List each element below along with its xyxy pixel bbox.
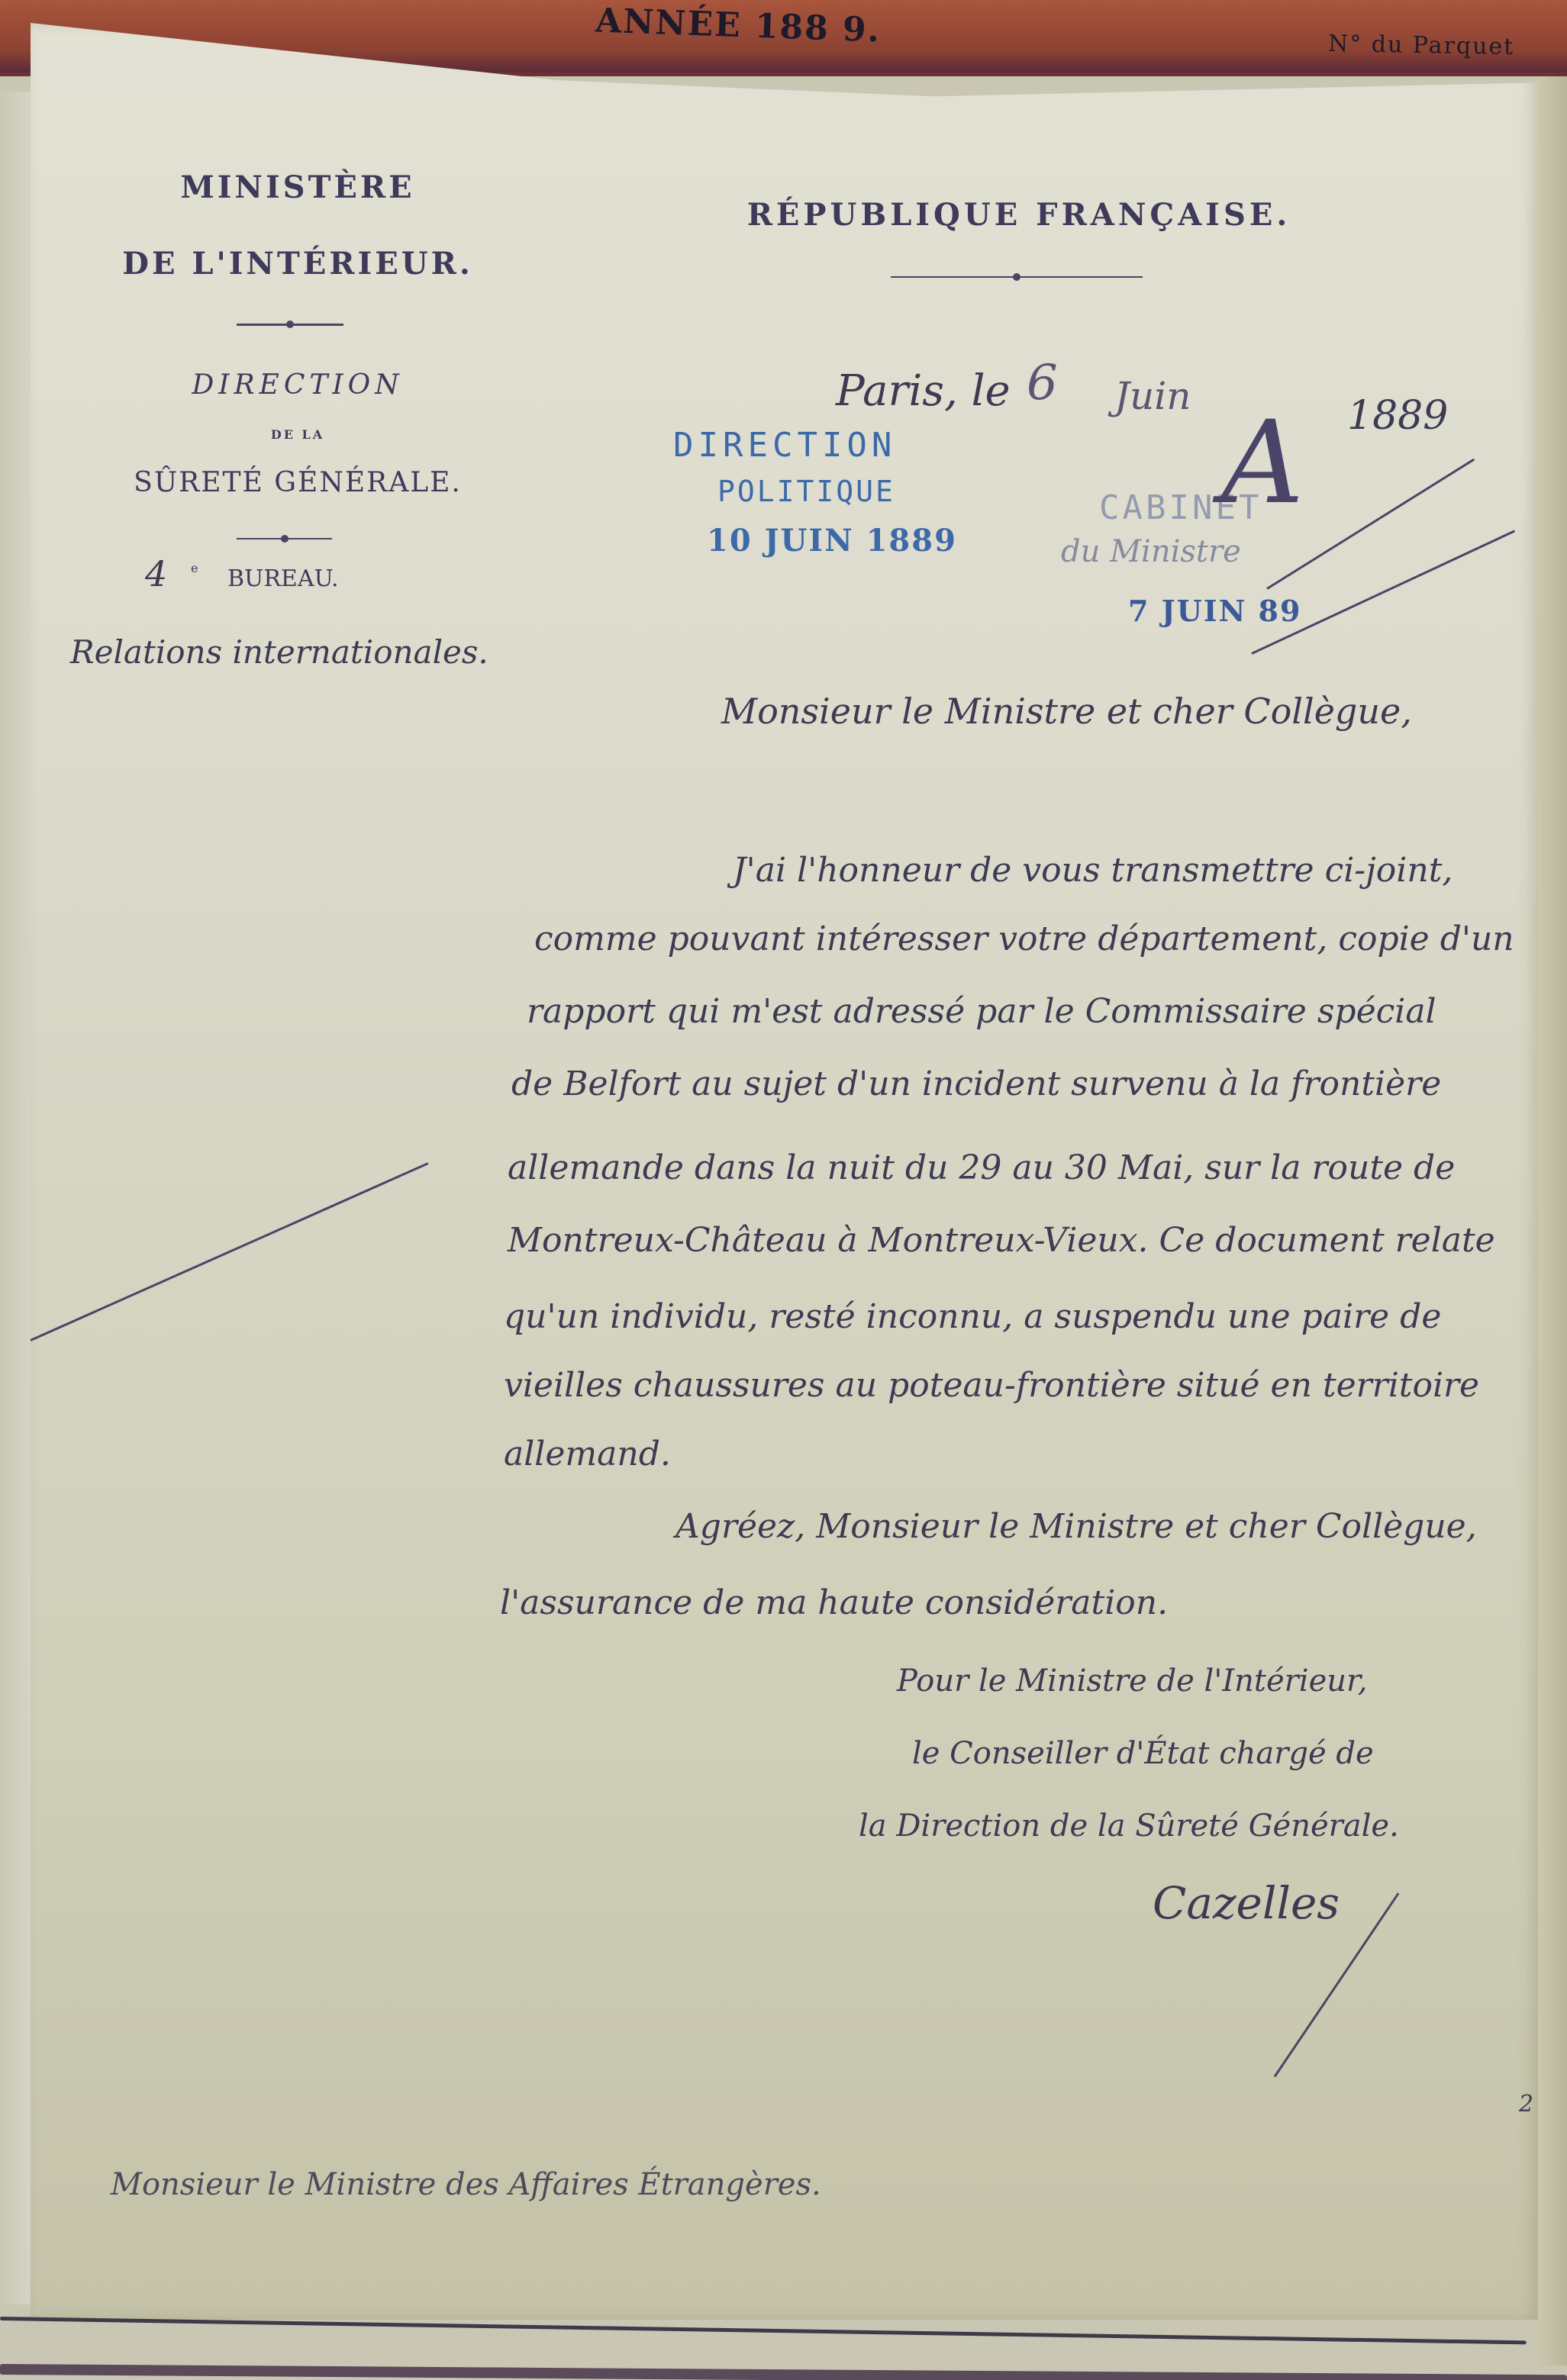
folder-year-label: ANNÉE 188 9. [595, 1, 882, 50]
bureau-suffix: e [191, 561, 198, 575]
dateline-place: Paris, le [836, 366, 1011, 416]
de-la-label: DE LA [229, 427, 366, 442]
signature: Cazelles [1153, 1877, 1340, 1929]
dateline-day: 6 [1027, 355, 1058, 411]
addressee: Monsieur le Ministre des Affaires Étrang… [111, 2167, 821, 2202]
stamp-cabinet-date: 7 JUIN 89 [1128, 594, 1301, 628]
stamp-direction-line2: POLITIQUE [717, 475, 895, 508]
ornament-divider [237, 324, 343, 326]
ministry-line1: MINISTÈRE [130, 169, 466, 205]
surete-generale-label: SÛRETÉ GÉNÉRALE. [114, 467, 481, 498]
body-line: vieilles chaussures au poteau-frontière … [504, 1366, 1479, 1405]
stamp-direction-line1: DIRECTION [673, 426, 896, 465]
republic-ornament [891, 276, 1143, 278]
closing-line: l'assurance de ma haute considération. [500, 1583, 1168, 1622]
stamp-direction-date: 10 JUIN 1889 [707, 523, 957, 559]
body-line: J'ai l'honneur de vous transmettre ci-jo… [733, 851, 1453, 890]
republic-heading: RÉPUBLIQUE FRANÇAISE. [710, 197, 1328, 233]
ornament-divider-small [237, 538, 332, 539]
body-line: allemand. [504, 1435, 671, 1473]
salutation: Monsieur le Ministre et cher Collègue, [721, 691, 1412, 732]
margin-mark: 2 [1519, 2091, 1533, 2118]
body-line: rapport qui m'est adressé par le Commiss… [527, 992, 1436, 1031]
annotation-initial: A [1221, 397, 1304, 530]
dateline-year: 1889 [1347, 393, 1448, 439]
body-line: Montreux-Château à Montreux-Vieux. Ce do… [508, 1221, 1495, 1260]
signature-block-line: la Direction de la Sûreté Générale. [859, 1808, 1399, 1844]
signature-block-line: le Conseiller d'État chargé de [912, 1736, 1374, 1771]
closing-line: Agréez, Monsieur le Ministre et cher Col… [675, 1507, 1477, 1546]
bureau-number: 4 [145, 553, 167, 594]
direction-label: DIRECTION [130, 369, 466, 401]
signature-block-line: Pour le Ministre de l'Intérieur, [897, 1663, 1367, 1699]
body-line: de Belfort au sujet d'un incident surven… [511, 1064, 1441, 1103]
body-line: comme pouvant intéresser votre départeme… [534, 919, 1514, 958]
service-label: Relations internationales. [70, 633, 488, 671]
body-line: qu'un individu, resté inconnu, a suspend… [504, 1297, 1441, 1336]
bureau-label: BUREAU. [227, 565, 339, 592]
folder-parquet-label: N° du Parquet [1328, 31, 1515, 60]
dateline-month: Juin [1114, 374, 1191, 418]
body-line: allemande dans la nuit du 29 au 30 Mai, … [508, 1148, 1455, 1187]
stamp-cabinet-line2: du Ministre [1061, 534, 1241, 569]
underlying-sheets-right [1538, 76, 1567, 2366]
ministry-line2: DE L'INTÉRIEUR. [99, 246, 496, 282]
